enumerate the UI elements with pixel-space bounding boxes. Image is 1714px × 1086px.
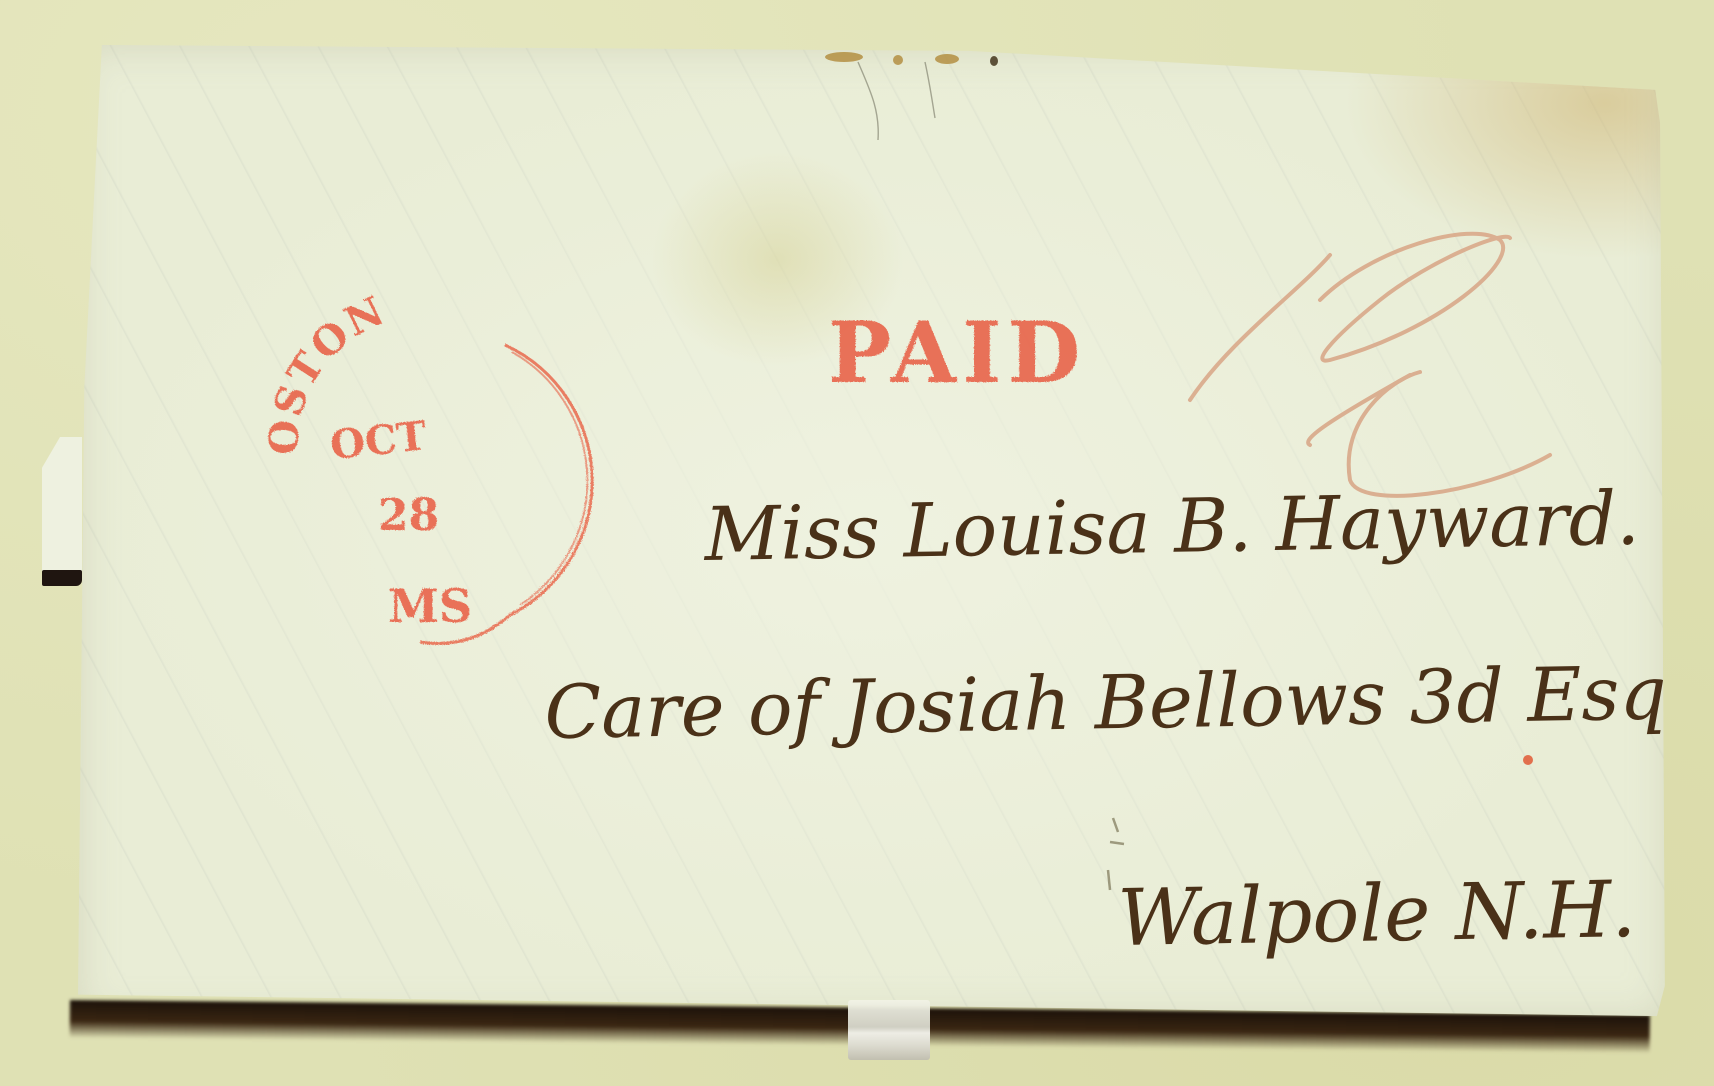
bottom-fold-tab	[848, 1000, 930, 1060]
photo-scene: OSTON OCT 28 MS PAID Miss Louisa B. Hayw…	[0, 0, 1714, 1086]
letter-cover	[78, 45, 1668, 1020]
inner-sheet-edge	[42, 437, 82, 577]
top-edge-tears	[815, 52, 1015, 68]
inner-sheet-shadow	[42, 570, 82, 586]
